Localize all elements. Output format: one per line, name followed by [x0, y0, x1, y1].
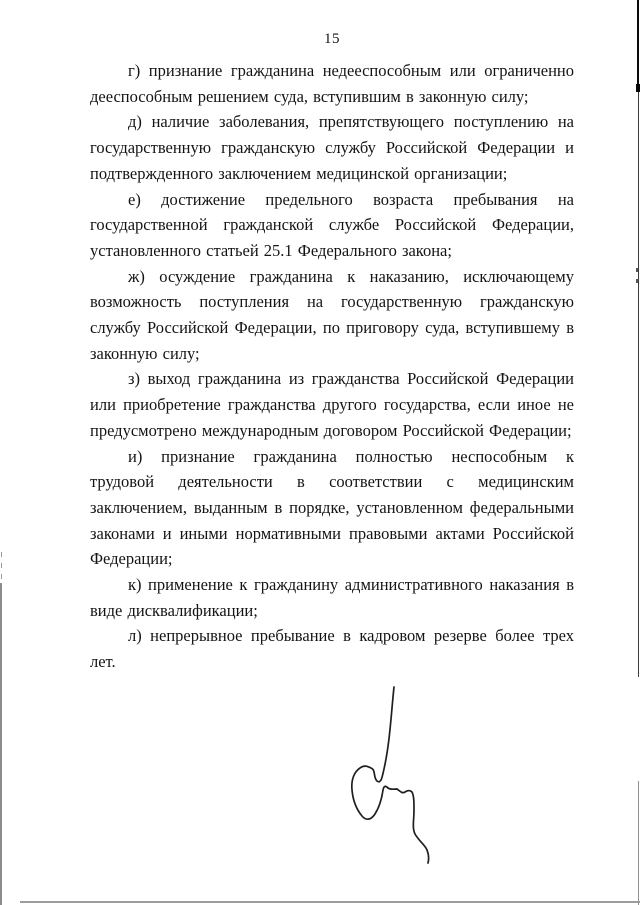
- scan-edge-bottom: [20, 901, 640, 903]
- scan-edge-left-dashes: [1, 552, 3, 583]
- paragraph-item-e: е) достижение предельного возраста пребы…: [90, 187, 574, 264]
- scan-edge-left: [0, 583, 2, 905]
- signature-path: [352, 687, 429, 863]
- document-page: 15 г) признание гражданина недееспособны…: [0, 0, 640, 905]
- scan-edge-right-bottom: [638, 781, 639, 905]
- signature-stroke: [330, 670, 440, 870]
- paragraph-item-k: к) применение к гражданину административ…: [90, 572, 574, 623]
- document-body: г) признание гражданина недееспособным и…: [90, 58, 574, 675]
- paragraph-item-g: г) признание гражданина недееспособным и…: [90, 58, 574, 109]
- paragraph-item-zh: ж) осуждение гражданина к наказанию, иск…: [90, 264, 574, 367]
- scan-edge-right-top: [637, 0, 639, 88]
- scan-edge-right-middle: [638, 92, 640, 677]
- scan-edge-right-blob: [636, 84, 640, 92]
- paragraph-item-d: д) наличие заболевания, препятствующего …: [90, 109, 574, 186]
- paragraph-item-i: и) признание гражданина полностью неспос…: [90, 444, 574, 573]
- page-number: 15: [90, 31, 574, 48]
- paragraph-item-l: л) непрерывное пребывание в кадровом рез…: [90, 623, 574, 674]
- scan-edge-right-tick: [636, 268, 638, 272]
- scan-edge-right-tick: [636, 279, 638, 283]
- paragraph-item-z: з) выход гражданина из гражданства Росси…: [90, 366, 574, 443]
